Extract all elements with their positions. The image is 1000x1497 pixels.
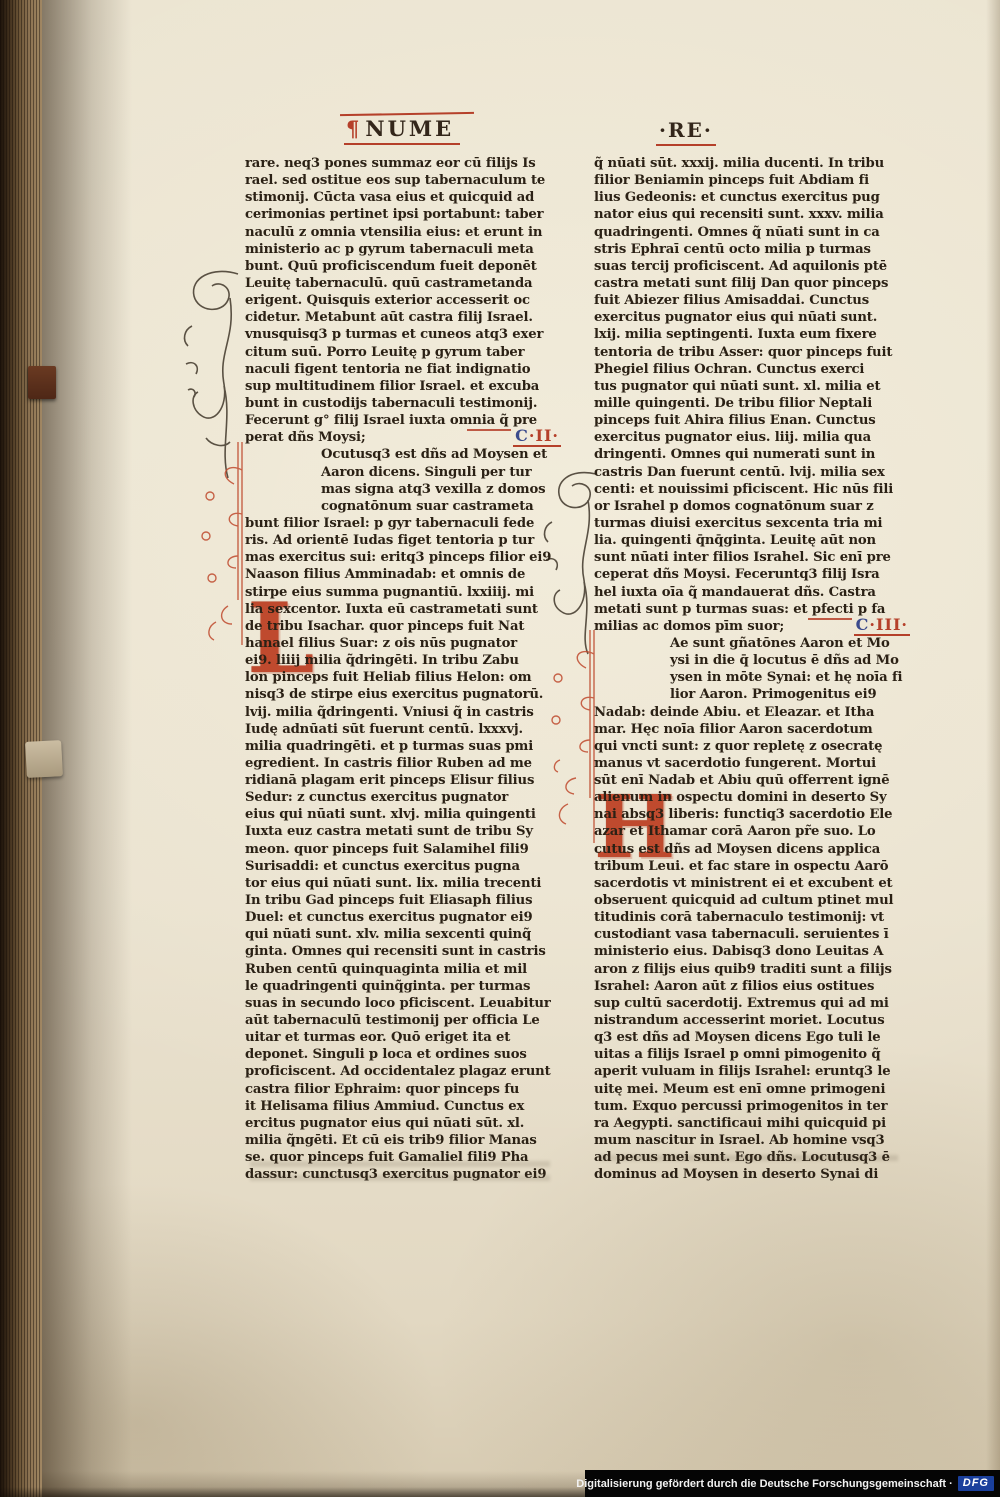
text-line: sunt nūati inter filios Israhel. Sic enī… bbox=[594, 549, 912, 566]
right-text-column: H q̃ nūati sūt. xxxij. milia ducenti. In… bbox=[594, 155, 912, 1183]
bookmark-tab-dark bbox=[28, 366, 56, 399]
text-line: Ocutusq3 est dñs ad Moysen et bbox=[245, 446, 563, 463]
text-line: sacerdotis vt ministrent ei et excubent … bbox=[594, 875, 912, 892]
text-line: nator eius qui recensiti sunt. xxxv. mil… bbox=[594, 206, 912, 223]
text-line: ercitus pugnator eius qui nūati sūt. xl. bbox=[245, 1115, 563, 1132]
text-line: manus vt sacerdotio fungerent. Mortui bbox=[594, 755, 912, 772]
text-line: cutus est dñs ad Moysen dicens applica bbox=[594, 841, 912, 858]
text-line: eius qui nūati sunt. xlvj. milia quingen… bbox=[245, 806, 563, 823]
text-line: sūt enī Nadab et Abiu quū offerrent ignē bbox=[594, 772, 912, 789]
text-line: milia q̃ngēti. Et cū eis trib9 filior Ma… bbox=[245, 1132, 563, 1149]
text-line: q̃ nūati sūt. xxxij. milia ducenti. In t… bbox=[594, 155, 912, 172]
pilcrow-mark: ¶ bbox=[346, 116, 362, 141]
text-line: pinceps fuit Ahira filius Enan. Cunctus bbox=[594, 412, 912, 429]
text-line: naculi figent tentoria ne fiat indignati… bbox=[245, 361, 563, 378]
text-line: meon. quor pinceps fuit Salamihel fili9 bbox=[245, 841, 563, 858]
text-line: tentoria de tribu Asser: quor pinceps fu… bbox=[594, 344, 912, 361]
text-line: proficiscent. Ad occidentalez plagaz eru… bbox=[245, 1063, 563, 1080]
text-line: ginta. Omnes qui recensiti sunt in castr… bbox=[245, 943, 563, 960]
chapter-label: C·II· bbox=[513, 427, 561, 447]
text-line: erigent. Quisquis exterior accesserit oc bbox=[245, 292, 563, 309]
chapter-label: C·III· bbox=[854, 616, 910, 636]
text-line: alienum in ospectu domini in deserto Sy bbox=[594, 789, 912, 806]
bookmark-tab-light bbox=[25, 740, 63, 778]
text-line: bunt filior Israel: p gyr tabernaculi fe… bbox=[245, 515, 563, 532]
text-line: qui vncti sunt: z quor repletę z osecrat… bbox=[594, 738, 912, 755]
text-line: tus pugnator qui nūati sunt. xl. milia e… bbox=[594, 378, 912, 395]
red-filigree-left bbox=[198, 440, 250, 650]
text-line: dominus ad Moysen in deserto Synai di bbox=[594, 1166, 912, 1183]
text-line: castra metati sunt filij Dan quor pincep… bbox=[594, 275, 912, 292]
text-line: lon pinceps fuit Heliab filius Helon: om bbox=[245, 669, 563, 686]
text-line: ei9. liiij milia q̃dringēti. In tribu Za… bbox=[245, 652, 563, 669]
show-through-text-right bbox=[598, 1152, 898, 1168]
text-line: cidetur. Metabunt aūt castra filij Israe… bbox=[245, 309, 563, 326]
text-line: Duel: et cunctus exercitus pugnator ei9 bbox=[245, 909, 563, 926]
text-line: le quadringenti quinq̃ginta. per turmas bbox=[245, 978, 563, 995]
show-through-text-left bbox=[250, 1158, 550, 1184]
running-title-left-text: NUME bbox=[365, 116, 454, 141]
text-line: azar et Ithamar corā Aaron pr̃e suo. Lo bbox=[594, 823, 912, 840]
text-line: hel iuxta oīa q̃ mandauerat dñs. Castra bbox=[594, 584, 912, 601]
text-line: lvij. milia q̃dringenti. Vniusi q̃ in ca… bbox=[245, 704, 563, 721]
text-line: quadringenti. Omnes q̃ nūati sunt in ca bbox=[594, 224, 912, 241]
text-line: mar. Hęc noīa filior Aaron sacerdotum bbox=[594, 721, 912, 738]
text-line: uitar et turmas eor. Quō eriget ita et bbox=[245, 1029, 563, 1046]
scanned-manuscript-screenshot: { "page": { "header": { "pilcrow": "¶", … bbox=[0, 0, 1000, 1497]
text-line: obseruent quicquid ad cultum ptinet mul bbox=[594, 892, 912, 909]
text-line: exercitus pugnator eius. liij. milia qua bbox=[594, 429, 912, 446]
text-line: ysi in die q̄ locutus ē dñs ad Mo bbox=[594, 652, 912, 669]
text-line: lius Gedeonis: et cunctus exercitus pug bbox=[594, 189, 912, 206]
text-line: centi: et nouissimi pficiscent. Hic nūs … bbox=[594, 481, 912, 498]
text-line: egredient. In castris filior Ruben ad me bbox=[245, 755, 563, 772]
text-line: Sedur: z cunctus exercitus pugnator bbox=[245, 789, 563, 806]
text-line: tum. Exquo percussi primogenitos in ter bbox=[594, 1098, 912, 1115]
running-title-left: ¶NUME bbox=[344, 116, 460, 145]
text-line: ridianā plagam erit pinceps Elisur filiu… bbox=[245, 772, 563, 789]
text-line: qui nūati sunt. xlv. milia sexcenti quin… bbox=[245, 926, 563, 943]
text-line: milias ac domos pīm suor;C·III· bbox=[594, 618, 912, 635]
text-line: mas exercitus sui: eritq3 pinceps filior… bbox=[245, 549, 563, 566]
text-line: it Helisama filius Ammiud. Cunctus ex bbox=[245, 1098, 563, 1115]
text-line: Nadab: deinde Abiu. et Eleazar. et Itha bbox=[594, 704, 912, 721]
text-line: nistrandum accesserint moriet. Locutus bbox=[594, 1012, 912, 1029]
text-line: aperit vuluam in filijs Israhel: eruntq3… bbox=[594, 1063, 912, 1080]
text-line: cerimonias pertinet ipsi portabunt: tabe… bbox=[245, 206, 563, 223]
text-line: de tribu Isachar. quor pinceps fuit Nat bbox=[245, 618, 563, 635]
text-line: stris Ephraī centū octo milia p turmas bbox=[594, 241, 912, 258]
text-line: mas signa atq3 vexilla z domos bbox=[245, 481, 563, 498]
text-line: ysen in mōte Synai: et hę noīa fi bbox=[594, 669, 912, 686]
dfg-logo: DFG bbox=[958, 1476, 994, 1491]
text-line: castris Dan fuerunt centū. lvij. milia s… bbox=[594, 464, 912, 481]
text-line: perat dñs Moysi;C·II· bbox=[245, 429, 563, 446]
text-line: bunt. Quū proficiscendum fueit deponēt bbox=[245, 258, 563, 275]
running-title-right: ·RE· bbox=[656, 118, 716, 146]
text-line: Leuitę tabernaculū. quū castrametanda bbox=[245, 275, 563, 292]
credit-text: Digitalisierung gefördert durch die Deut… bbox=[576, 1478, 953, 1490]
text-line: ministerio eius. Dabisq3 dono Leuitas A bbox=[594, 943, 912, 960]
text-line: castra filior Ephraim: quor pinceps fu bbox=[245, 1081, 563, 1098]
text-line: sup multitudinem filior Israel. et excub… bbox=[245, 378, 563, 395]
text-line: Phegiel filius Ochran. Cunctus exerci bbox=[594, 361, 912, 378]
text-line: ceperat dñs Moysi. Feceruntq3 filij Isra bbox=[594, 566, 912, 583]
footer-credit-bar: Digitalisierung gefördert durch die Deut… bbox=[585, 1470, 1000, 1497]
text-line: In tribu Gad pinceps fuit Eliasaph filiu… bbox=[245, 892, 563, 909]
text-line: uitas a filijs Israel p omni pimogenito … bbox=[594, 1046, 912, 1063]
text-line: rare. neq3 pones summaz eor cū filijs Is bbox=[245, 155, 563, 172]
text-line: stirpe eius summa pugnantiū. lxxiiij. mi bbox=[245, 584, 563, 601]
text-line: ris. Ad orientē Iudas figet tentoria p t… bbox=[245, 532, 563, 549]
text-line: stimonij. Cūcta vasa eius et quicquid ad bbox=[245, 189, 563, 206]
text-line: custodiant vasa tabernaculi. seruientes … bbox=[594, 926, 912, 943]
text-line: tribum Leui. et fac stare in ospectu Aar… bbox=[594, 858, 912, 875]
text-line: suas tercij proficiscent. Ad aquilonis p… bbox=[594, 258, 912, 275]
text-line: nisq3 de stirpe eius exercitus pugnatorū… bbox=[245, 686, 563, 703]
text-line: or Israhel p domos cognatōnum suar z bbox=[594, 498, 912, 515]
text-line: Aaron dicens. Singuli per tur bbox=[245, 464, 563, 481]
text-line: exercitus pugnator eius qui nūati sunt. bbox=[594, 309, 912, 326]
text-line: filior Beniamin pinceps fuit Abdiam fi bbox=[594, 172, 912, 189]
text-line: mille quingenti. De tribu filior Neptali bbox=[594, 395, 912, 412]
page-right-edge bbox=[986, 0, 1000, 1497]
text-line: suas in secundo loco pficiscent. Leuabit… bbox=[245, 995, 563, 1012]
text-line: cognatōnum suar castrameta bbox=[245, 498, 563, 515]
text-line: lxij. milia septingenti. Iuxta eum fixer… bbox=[594, 326, 912, 343]
text-line: ra Aegypti. sanctificaui mihi quicquid p… bbox=[594, 1115, 912, 1132]
text-line: vnusquisq3 p turmas et cuneos atq3 exer bbox=[245, 326, 563, 343]
text-line: mum nascitur in Israel. Ab homine vsq3 bbox=[594, 1132, 912, 1149]
text-line: Iuxta euz castra metati sunt de tribu Sy bbox=[245, 823, 563, 840]
text-line: hanael filius Suar: z ois nūs pugnator bbox=[245, 635, 563, 652]
text-line: citum suū. Porro Leuitę p gyrum taber bbox=[245, 344, 563, 361]
text-line: deponet. Singuli p loca et ordines suos bbox=[245, 1046, 563, 1063]
text-line: lia sexcentor. Iuxta eū castrametati sun… bbox=[245, 601, 563, 618]
text-line: dringenti. Omnes qui numerati sunt in bbox=[594, 446, 912, 463]
text-line: milia quadringēti. et p turmas suas pmi bbox=[245, 738, 563, 755]
text-line: turmas diuisi exercitus sexcenta tria mi bbox=[594, 515, 912, 532]
text-line: sup cultū sacerdotij. Extremus qui ad mi bbox=[594, 995, 912, 1012]
text-line: titudinis corā tabernaculo testimonij: v… bbox=[594, 909, 912, 926]
text-line: Iudę adnūati sūt fuerunt centū. lxxxvj. bbox=[245, 721, 563, 738]
text-line: fuit Abiezer filius Amisaddai. Cunctus bbox=[594, 292, 912, 309]
text-line: Surisaddi: et cunctus exercitus pugna bbox=[245, 858, 563, 875]
text-line: lia. quingenti q̄nq̄ginta. Leuitę aūt no… bbox=[594, 532, 912, 549]
text-line: bunt in custodijs tabernaculi testimonij… bbox=[245, 395, 563, 412]
text-line: nai absq3 liberis: functiq3 sacerdotio E… bbox=[594, 806, 912, 823]
text-line: Ae sunt gñatōnes Aaron et Mo bbox=[594, 635, 912, 652]
page-bottom-shadow bbox=[0, 1487, 590, 1497]
text-line: q3 est dñs ad Moysen dicens Ego tuli le bbox=[594, 1029, 912, 1046]
text-line: naculū z omnia vtensilia eius: et erunt … bbox=[245, 224, 563, 241]
text-line: ministerio ac p gyrum tabernaculi meta bbox=[245, 241, 563, 258]
text-line: Israhel: Aaron aūt z filios eius ostitue… bbox=[594, 978, 912, 995]
text-line: lior Aaron. Primogenitus ei9 bbox=[594, 686, 912, 703]
text-line: Ruben centū quinquaginta milia et mil bbox=[245, 961, 563, 978]
text-line: aūt tabernaculū testimonij per officia L… bbox=[245, 1012, 563, 1029]
running-title: ¶NUME ·RE· bbox=[0, 112, 1000, 148]
text-line: aron z filijs eius quib9 traditi sunt a … bbox=[594, 961, 912, 978]
text-line: Naason filius Amminadab: et omnis de bbox=[245, 566, 563, 583]
left-text-column: L rare. neq3 pones summaz eor cū filijs … bbox=[245, 155, 563, 1183]
text-line: rael. sed ostitue eos sup tabernaculum t… bbox=[245, 172, 563, 189]
text-line: uitę mei. Meum est enī omne primogeni bbox=[594, 1081, 912, 1098]
text-line: tor eius qui nūati sunt. lix. milia trec… bbox=[245, 875, 563, 892]
